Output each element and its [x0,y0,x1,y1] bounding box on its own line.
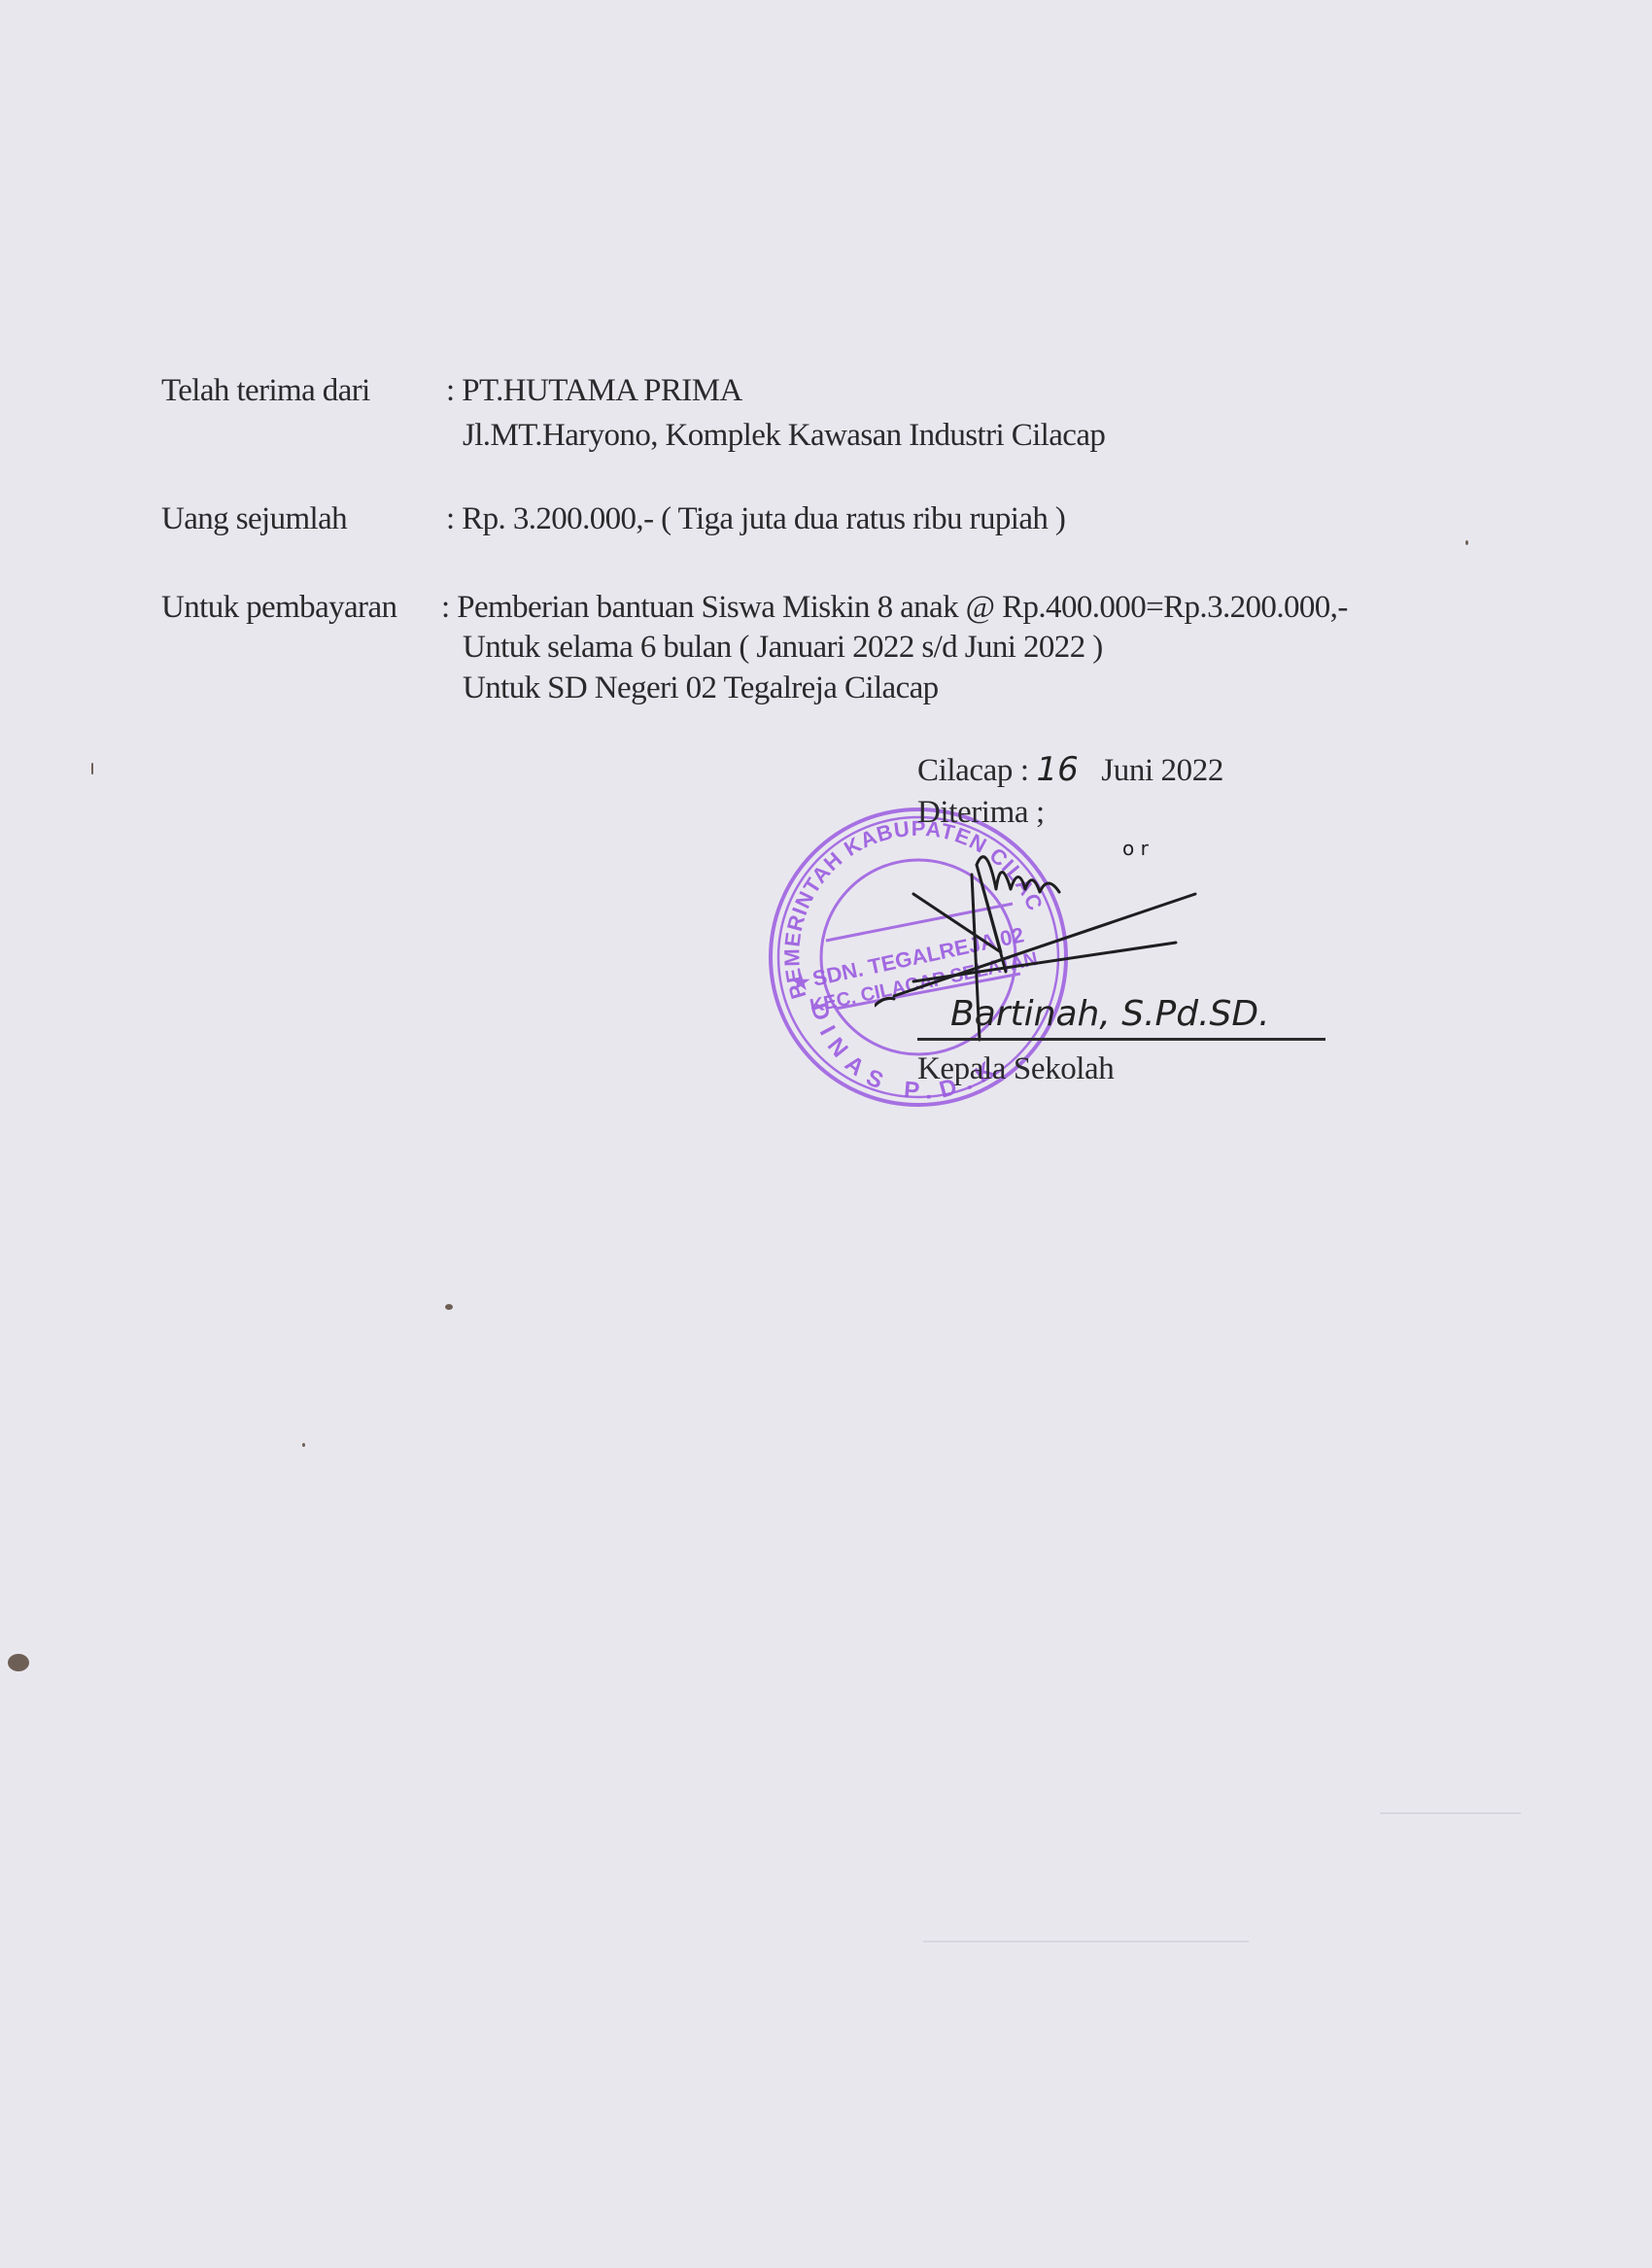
paraf-mark: o r [1122,837,1150,860]
date-month-year: Juni 2022 [1101,753,1223,788]
signer-title: Kepala Sekolah [917,1049,1114,1088]
signer-name-handwritten: Bartinah, S.Pd.SD. [950,995,1270,1034]
scan-speck [445,1304,453,1310]
scan-line [923,1941,1249,1942]
received-from-address: Jl.MT.Haryono, Komplek Kawasan Industri … [463,416,1105,455]
payment-school: Untuk SD Negeri 02 Tegalreja Cilacap [463,669,939,707]
received-from-label: Telah terima dari [161,371,370,410]
amount-value: : Rp. 3.200.000,- ( Tiga juta dua ratus … [446,499,1065,538]
scan-speck [91,763,93,774]
scan-line [1380,1812,1521,1814]
signature-line [917,1038,1325,1041]
place-prefix: Cilacap : [917,753,1036,788]
payment-for-label: Untuk pembayaran [161,588,396,627]
scanned-receipt-page: { "receipt": { "received_from": { "label… [0,0,1652,2268]
scan-speck [8,1654,29,1671]
payment-period: Untuk selama 6 bulan ( Januari 2022 s/d … [463,628,1103,667]
date-day-handwritten: 16 [1036,750,1078,789]
received-label: Diterima ; [917,793,1045,832]
received-from-value: : PT.HUTAMA PRIMA [446,371,742,410]
scan-speck [1465,540,1468,545]
stamp-star-icon: ★ [791,970,810,994]
scan-speck [302,1443,305,1447]
amount-label: Uang sejumlah [161,499,347,538]
payment-for-value: : Pemberian bantuan Siswa Miskin 8 anak … [441,588,1348,627]
place-date: Cilacap : 16 Juni 2022 [917,750,1223,790]
